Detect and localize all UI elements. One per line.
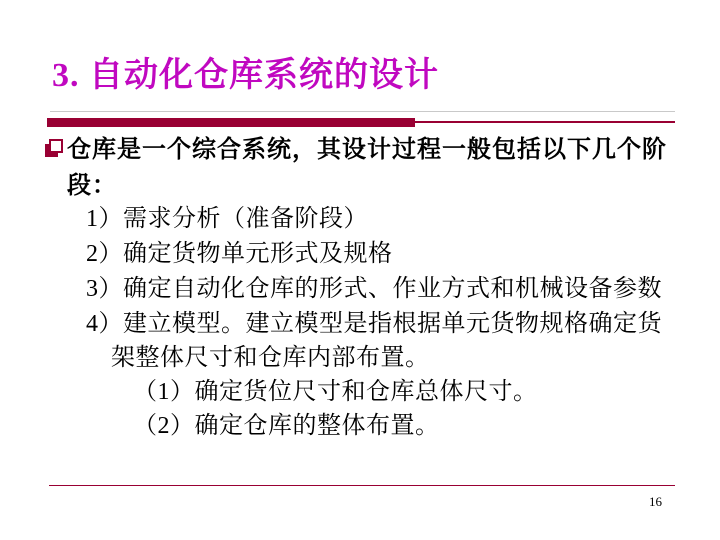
page-number: 16 bbox=[649, 494, 662, 509]
title-divider-gray-line bbox=[50, 111, 675, 112]
list-item-continuation: 架整体尺寸和仓库内部布置。 bbox=[111, 343, 430, 373]
list-item: 1）需求分析（准备阶段） bbox=[86, 204, 368, 234]
slide-title: 3. 自动化仓库系统的设计 bbox=[52, 54, 439, 98]
list-item: 4）建立模型。建立模型是指根据单元货物规格确定货 bbox=[86, 309, 662, 339]
intro-text-line: 段： bbox=[67, 171, 117, 201]
presentation-slide: 3. 自动化仓库系统的设计 仓库是一个综合系统，其设计过程一般包括以下几个阶 段… bbox=[0, 0, 720, 540]
sub-list-item: （2）确定仓库的整体布置。 bbox=[133, 411, 440, 441]
sub-list-item: （1）确定货位尺寸和仓库总体尺寸。 bbox=[133, 377, 538, 407]
square-bullet-face bbox=[49, 139, 63, 153]
square-bullet-icon bbox=[45, 139, 63, 157]
list-item: 2）确定货物单元形式及规格 bbox=[86, 239, 393, 269]
title-divider-thin-line bbox=[413, 121, 675, 123]
intro-text-line: 仓库是一个综合系统，其设计过程一般包括以下几个阶 bbox=[67, 135, 667, 165]
title-divider-thick-bar bbox=[47, 118, 415, 127]
footer-divider bbox=[49, 485, 675, 486]
list-item: 3）确定自动化仓库的形式、作业方式和机械设备参数 bbox=[86, 274, 662, 304]
